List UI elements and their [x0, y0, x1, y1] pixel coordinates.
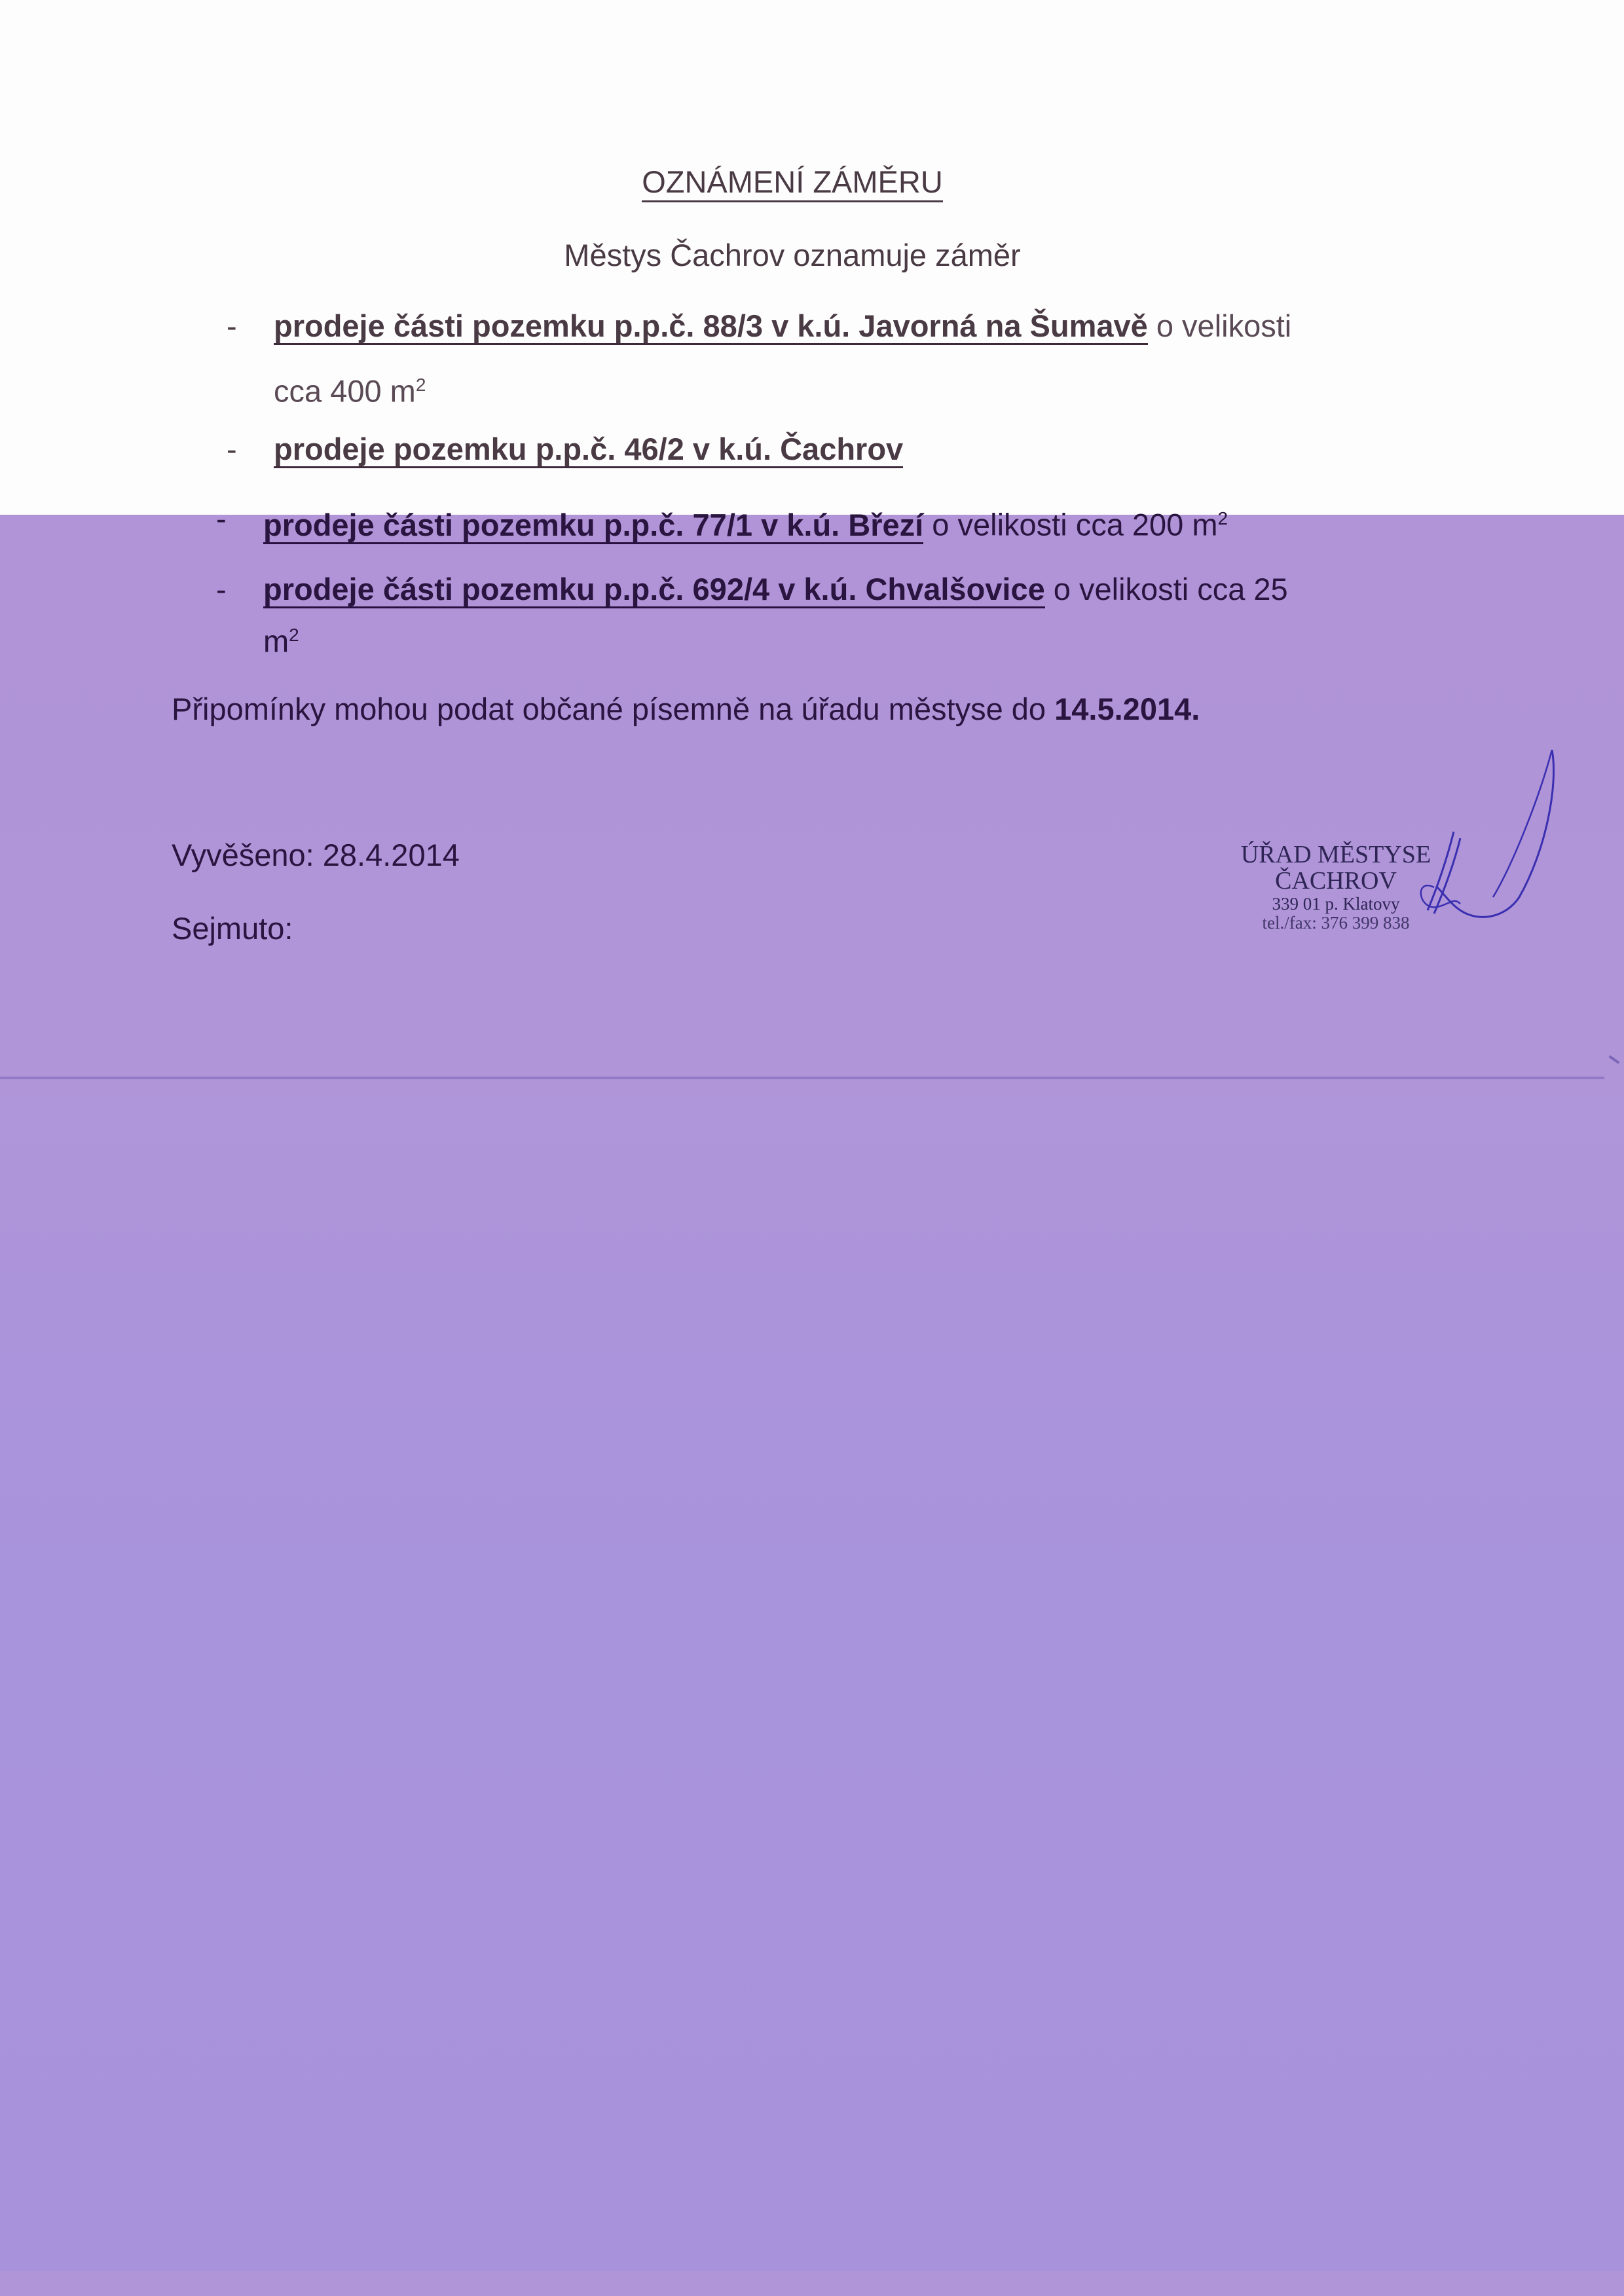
list-dash: -	[227, 306, 237, 346]
item-continuation: cca 400 m2	[274, 365, 1291, 411]
item-size-text: o velikosti	[1148, 308, 1291, 343]
item-size-text: o velikosti cca 200 m	[923, 508, 1217, 542]
removed-date: Sejmuto:	[172, 910, 293, 946]
list-dash: -	[227, 430, 237, 469]
item-parcel-text: prodeje části pozemku p.p.č. 692/4 v k.ú…	[263, 572, 1045, 608]
purple-overlay	[0, 515, 1624, 2296]
list-item: - prodeje části pozemku p.p.č. 88/3 v k.…	[274, 306, 1291, 411]
list-item: - prodeje pozemku p.p.č. 46/2 v k.ú. Čac…	[274, 430, 903, 469]
comments-note: Připomínky mohou podat občané písemně na…	[172, 691, 1200, 727]
list-dash: -	[216, 499, 227, 538]
item-parcel-text: prodeje části pozemku p.p.č. 88/3 v k.ú.…	[274, 308, 1148, 345]
list-dash: -	[216, 570, 227, 609]
list-item: - prodeje části pozemku p.p.č. 77/1 v k.…	[263, 499, 1228, 545]
item-parcel-text: prodeje pozemku p.p.č. 46/2 v k.ú. Čachr…	[274, 432, 903, 468]
posted-date: Vyvěšeno: 28.4.2014	[172, 837, 460, 873]
purple-bottom-strip	[0, 2271, 1624, 2296]
deadline-date: 14.5.2014.	[1054, 692, 1200, 726]
signature-icon	[1414, 747, 1565, 930]
page-subtitle: Městys Čachrov oznamuje záměr	[0, 237, 1585, 273]
fold-line	[0, 1077, 1604, 1079]
item-parcel-text: prodeje části pozemku p.p.č. 77/1 v k.ú.…	[263, 508, 923, 544]
item-continuation: m2	[263, 616, 1288, 661]
list-item: - prodeje části pozemku p.p.č. 692/4 v k…	[263, 570, 1288, 661]
page-title: OZNÁMENÍ ZÁMĚRU	[0, 164, 1585, 200]
item-size-text: o velikosti cca 25	[1045, 572, 1288, 606]
